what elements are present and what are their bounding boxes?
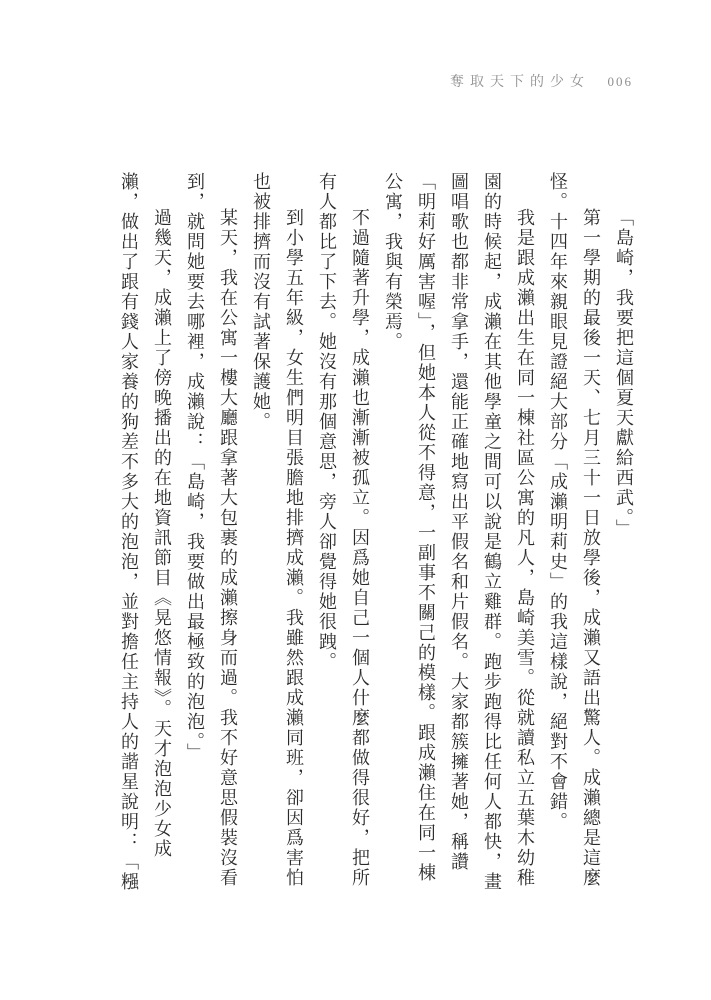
book-page: 奪取天下的少女 006 「島崎，我要把這個夏天獻給西武。」 第一學期的最後一天、… (0, 0, 711, 1000)
page-number: 006 (608, 74, 634, 89)
paragraph: 我是跟成瀨出生在同一棟社區公寓的凡人，島崎美雪。從就讀私立五葉木幼稚園的時候起，… (376, 172, 541, 894)
paragraph: 第一學期的最後一天、七月三十一日放學後，成瀨又語出驚人。成瀨總是這麼怪。十四年來… (541, 172, 607, 894)
body-text: 「島崎，我要把這個夏天獻給西武。」 第一學期的最後一天、七月三十一日放學後，成瀨… (112, 172, 640, 894)
paragraph: 到小學五年級，女生們明目張膽地排擠成瀨。我雖然跟成瀨同班，卻因爲害怕也被排擠而沒… (244, 172, 310, 894)
paragraph: 「島崎，我要把這個夏天獻給西武。」 (607, 172, 640, 894)
paragraph: 某天，我在公寓一樓大廳跟拿著大包裹的成瀨擦身而過。我不好意思假裝沒看到，就問她要… (178, 172, 244, 894)
running-header: 奪取天下的少女 006 (450, 71, 633, 91)
paragraph: 過幾天，成瀨上了傍晚播出的在地資訊節目《晃悠情報》。天才泡泡少女成瀨，做出了跟有… (112, 172, 178, 894)
paragraph: 不過隨著升學，成瀨也漸漸被孤立。因爲她自己一個人什麼都做得很好，把所有人都比了下… (310, 172, 376, 894)
book-title: 奪取天下的少女 (450, 75, 590, 90)
